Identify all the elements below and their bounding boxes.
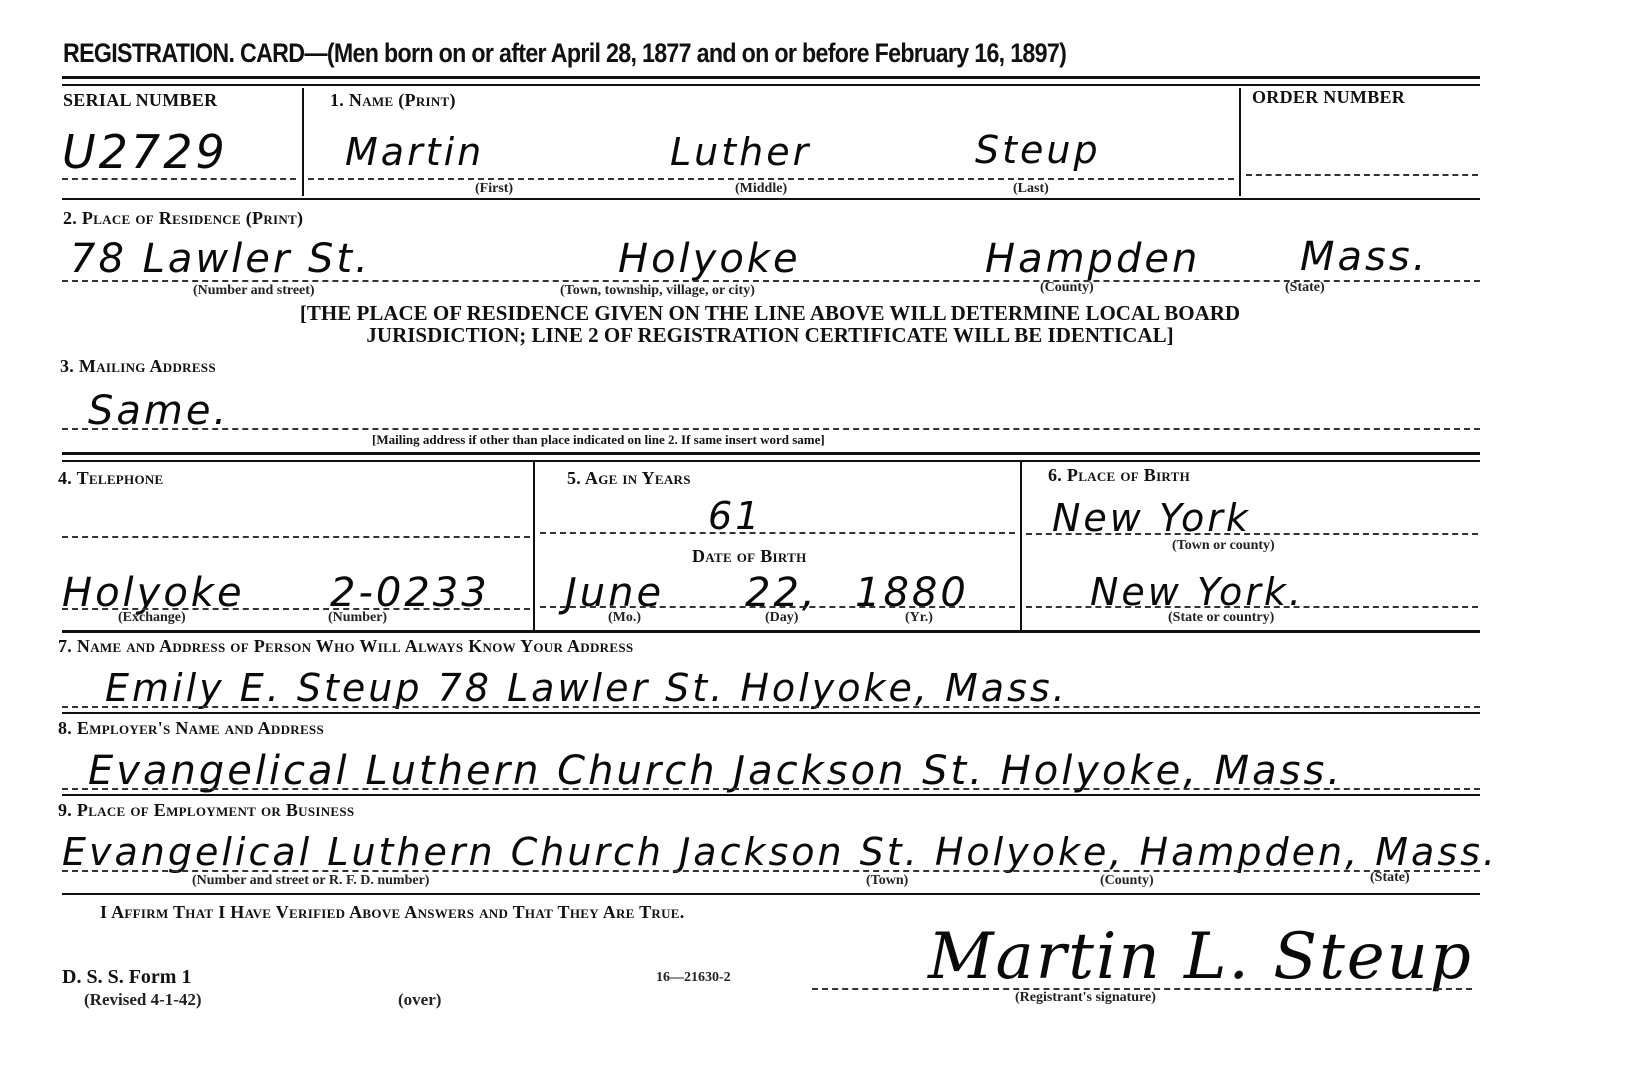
print-code: 16—21630-2 — [656, 970, 731, 986]
residence-county-caption: (County) — [1040, 280, 1094, 296]
age-underline — [540, 532, 1015, 534]
contact-underline — [62, 706, 1480, 708]
row7-rule — [62, 712, 1480, 714]
name-middle-value: Luther — [670, 130, 811, 174]
form-over: (over) — [398, 990, 441, 1010]
employment-town-caption: (Town) — [866, 873, 908, 889]
residence-street-caption: (Number and street) — [193, 283, 315, 299]
employment-place-label: 9. Place of Employment or Business — [58, 800, 354, 821]
residence-street-value: 78 Lawler St. — [70, 236, 371, 282]
name-middle-caption: (Middle) — [735, 181, 787, 197]
mailing-label: 3. Mailing Address — [60, 356, 216, 377]
card-title: REGISTRATION. CARD—(Men born on or after… — [63, 38, 1066, 69]
employment-state-caption: (State) — [1370, 870, 1410, 886]
residence-notice: [THE PLACE OF RESIDENCE GIVEN ON THE LIN… — [150, 302, 1390, 346]
order-underline — [1246, 174, 1478, 176]
residence-state-caption: (State) — [1285, 280, 1325, 296]
row8-rule — [62, 794, 1480, 796]
birthplace-label: 6. Place of Birth — [1048, 465, 1190, 486]
birthplace-town-underline — [1026, 533, 1478, 535]
serial-underline — [62, 178, 296, 180]
contact-value: Emily E. Steup 78 Lawler St. Holyoke, Ma… — [105, 666, 1068, 710]
mailing-caption: [Mailing address if other than place ind… — [372, 432, 825, 448]
employer-underline — [62, 788, 1480, 790]
serial-divider — [302, 88, 304, 196]
row9-rule — [62, 893, 1480, 895]
row1-rule — [62, 198, 1480, 200]
name-last-value: Steup — [975, 128, 1101, 172]
age-label: 5. Age in Years — [567, 468, 691, 489]
row3-rule-2 — [62, 460, 1480, 462]
dob-label: Date of Birth — [692, 546, 807, 567]
dob-day-caption: (Day) — [765, 610, 798, 626]
serial-number-value: U2729 — [62, 125, 228, 179]
telephone-divider — [533, 462, 535, 632]
dob-month-caption: (Mo.) — [608, 610, 641, 626]
employer-label: 8. Employer's Name and Address — [58, 718, 324, 739]
mailing-underline — [62, 428, 1480, 430]
name-first-caption: (First) — [475, 181, 513, 197]
residence-label: 2. Place of Residence (Print) — [63, 208, 303, 229]
residence-notice-line2: JURISDICTION; LINE 2 OF REGISTRATION CER… — [150, 324, 1390, 346]
employment-place-underline — [62, 870, 1480, 872]
dob-underline — [540, 606, 1015, 608]
card-title-eligibility: —(Men born on or after April 28, 1877 an… — [304, 38, 1066, 68]
signature-caption: (Registrant's signature) — [1015, 990, 1156, 1006]
order-divider — [1239, 88, 1241, 196]
affirmation-text: I Affirm That I Have Verified Above Answ… — [100, 902, 685, 923]
residence-county-value: Hampden — [985, 236, 1200, 282]
contact-label: 7. Name and Address of Person Who Will A… — [58, 636, 633, 657]
telephone-number-caption: (Number) — [328, 610, 387, 626]
order-number-label: ORDER NUMBER — [1252, 87, 1405, 108]
serial-number-label: SERIAL NUMBER — [63, 90, 217, 111]
title-rule-2 — [62, 84, 1480, 86]
dob-year-caption: (Yr.) — [905, 610, 933, 626]
name-underline — [308, 178, 1234, 180]
employment-street-caption: (Number and street or R. F. D. number) — [192, 873, 429, 889]
residence-underline — [62, 280, 1480, 282]
name-last-caption: (Last) — [1013, 181, 1049, 197]
row3-rule — [62, 452, 1480, 455]
birthplace-state-underline — [1026, 606, 1478, 608]
employment-place-value: Evangelical Luthern Church Jackson St. H… — [62, 830, 1498, 874]
birthplace-town-caption: (Town or county) — [1172, 538, 1275, 554]
name-label: 1. Name (Print) — [330, 90, 456, 111]
residence-town-caption: (Town, township, village, or city) — [560, 283, 755, 299]
residence-notice-line1: [THE PLACE OF RESIDENCE GIVEN ON THE LIN… — [150, 302, 1390, 324]
row4-rule — [62, 630, 1480, 633]
age-divider — [1020, 462, 1022, 632]
telephone-label: 4. Telephone — [58, 468, 164, 489]
telephone-exchange-caption: (Exchange) — [118, 610, 186, 626]
card-title-main: REGISTRATION. CARD — [63, 38, 304, 68]
form-name: D. S. S. Form 1 — [62, 966, 191, 989]
title-rule — [62, 76, 1480, 79]
employment-county-caption: (County) — [1100, 873, 1154, 889]
registrant-signature: Martin L. Steup — [928, 920, 1473, 994]
residence-state-value: Mass. — [1300, 234, 1428, 280]
form-revised: (Revised 4-1-42) — [84, 990, 202, 1010]
residence-town-value: Holyoke — [618, 236, 801, 282]
name-first-value: Martin — [345, 130, 484, 174]
telephone-upper-line — [62, 536, 530, 538]
birthplace-state-caption: (State or country) — [1168, 610, 1274, 626]
